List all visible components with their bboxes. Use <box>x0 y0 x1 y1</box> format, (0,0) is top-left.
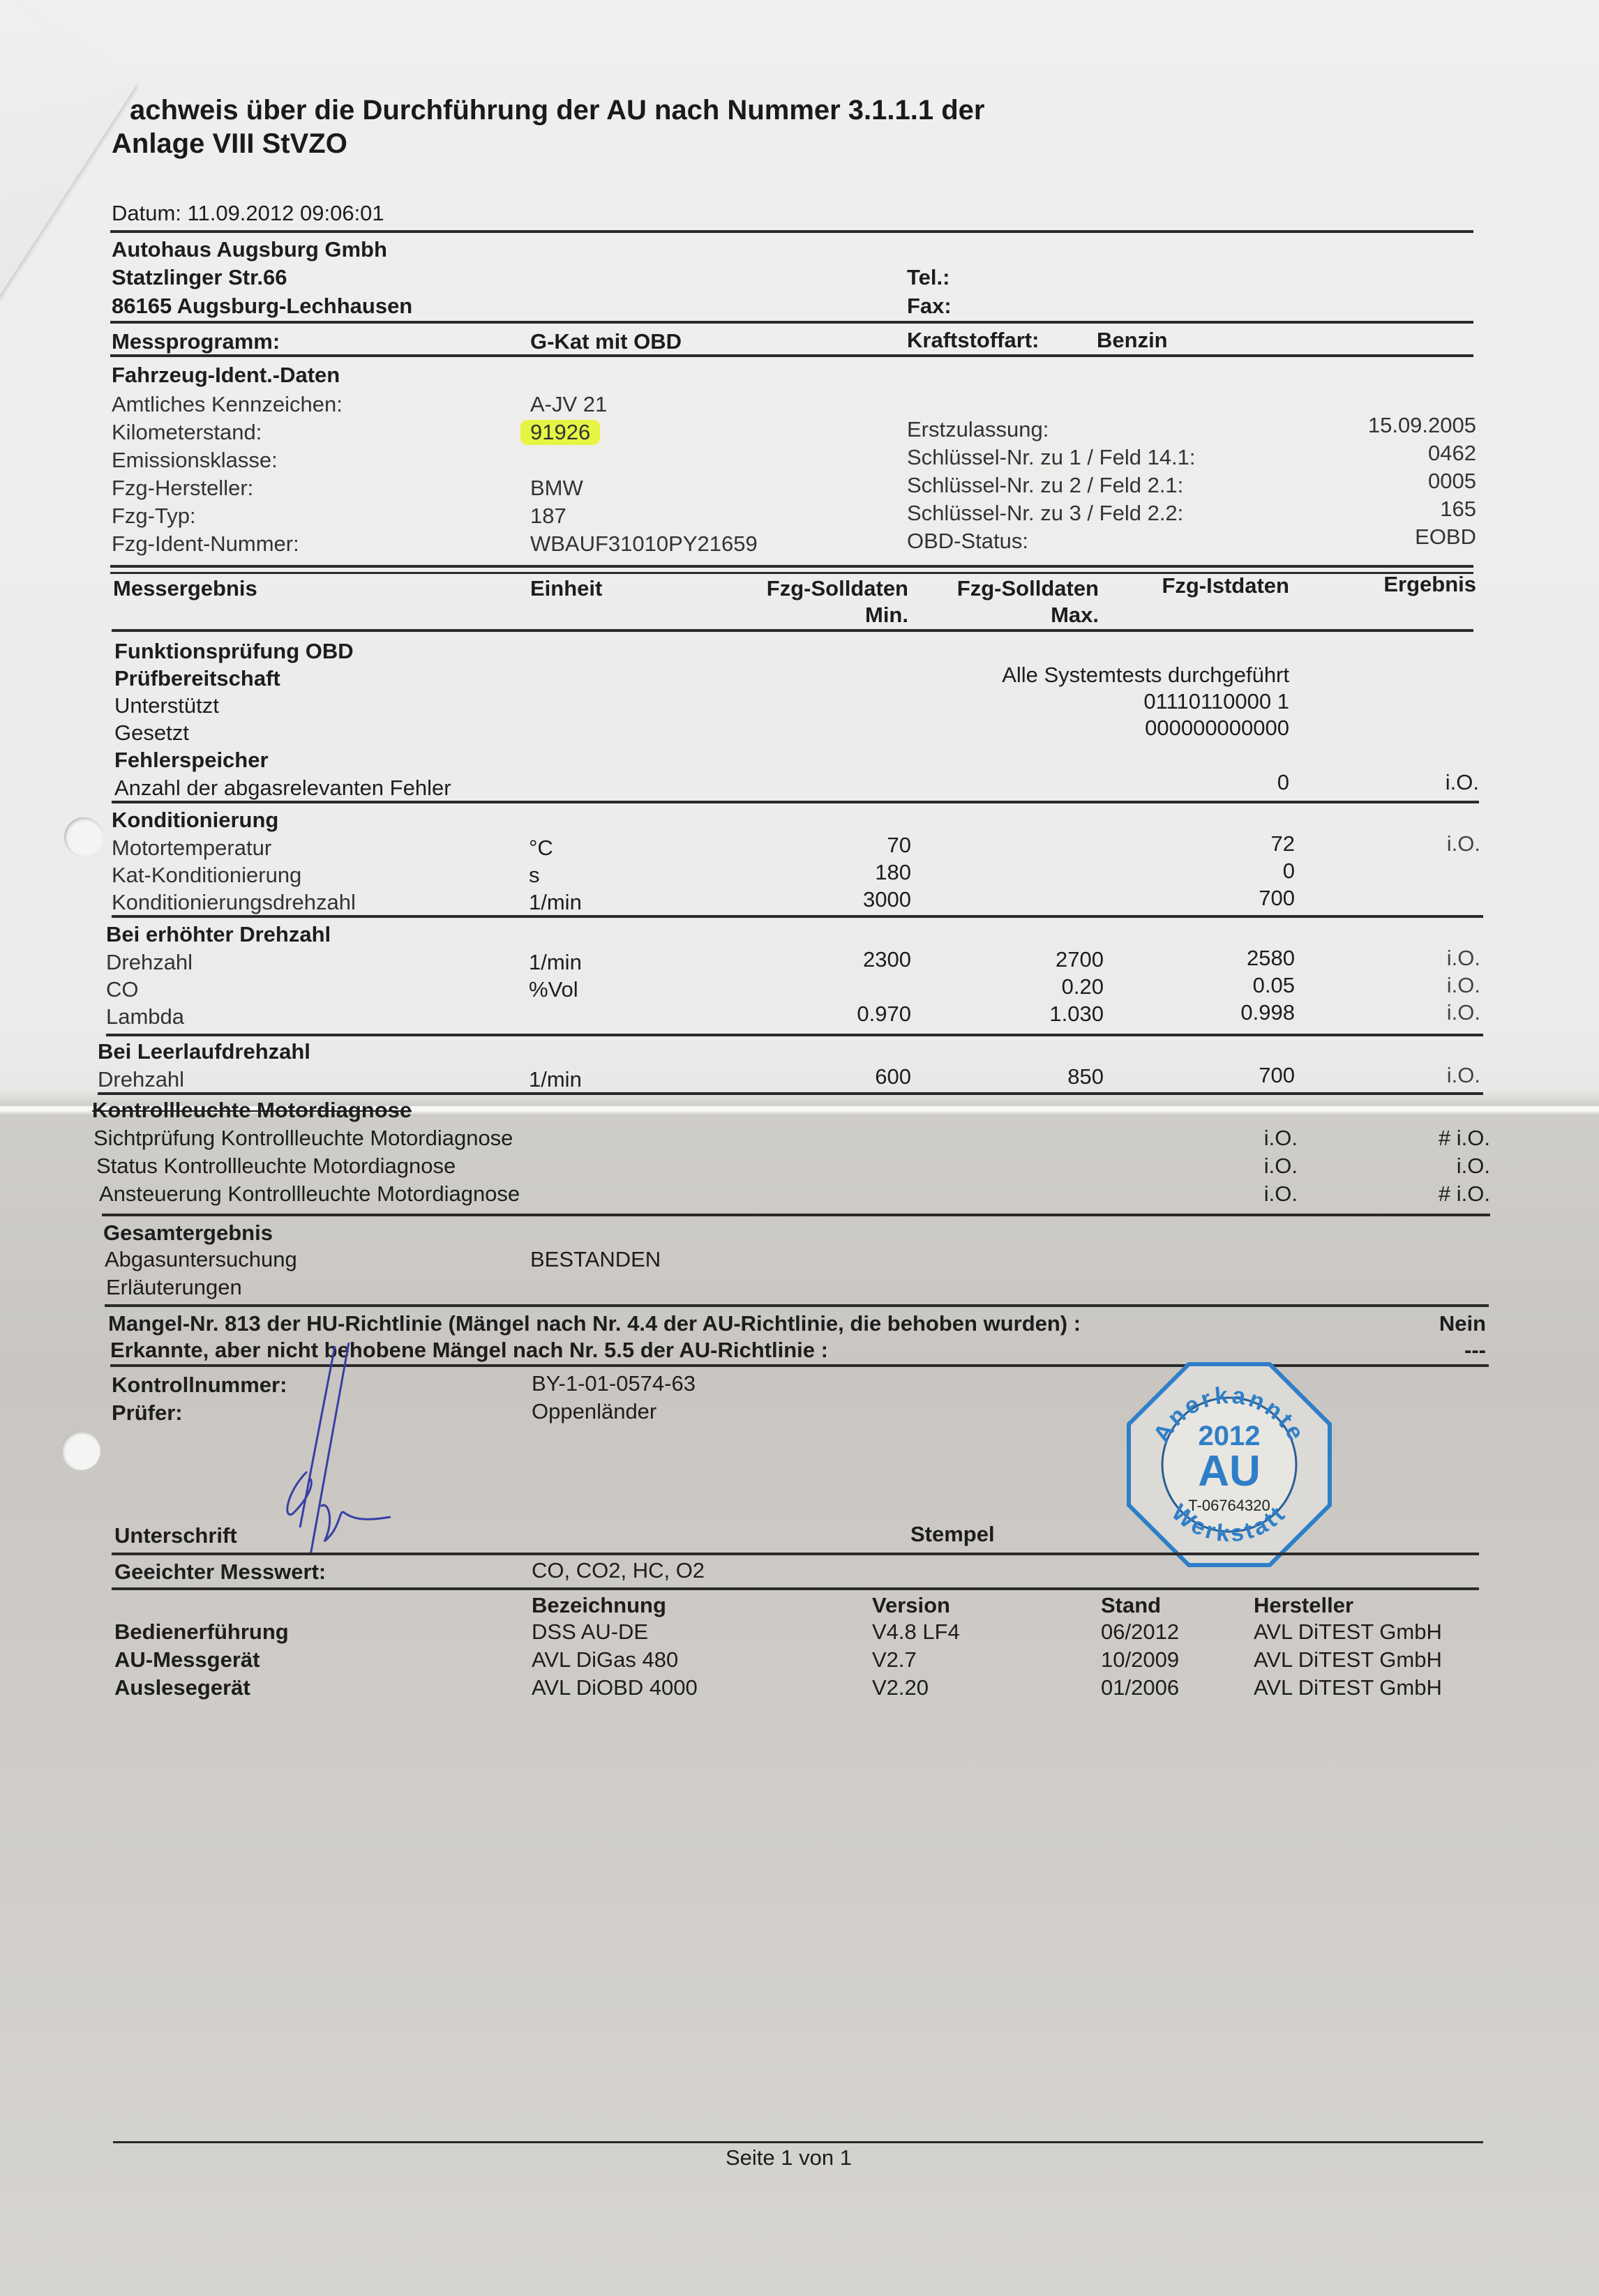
vehicle-field-label: Fzg-Typ: <box>112 504 196 529</box>
device-cell: DSS AU-DE <box>532 1619 648 1645</box>
measure-label: Drehzahl <box>106 950 193 975</box>
messprogramm-label: Messprogramm: <box>112 329 280 354</box>
vehicle-key-value: 0005 <box>1256 469 1476 494</box>
vehicle-field-value: 187 <box>530 504 566 529</box>
erhoeht-heading: Bei erhöhter Drehzahl <box>106 922 331 947</box>
measure-label: Motortemperatur <box>112 836 271 861</box>
kontrollleuchte-heading: Kontrollleuchte Motordiagnose <box>92 1098 412 1123</box>
svg-text:AU: AU <box>1198 1447 1261 1495</box>
company-street: Statzlinger Str.66 <box>112 265 287 290</box>
erlaeuterungen-label: Erläuterungen <box>106 1275 242 1300</box>
vehicle-field-label: Emissionsklasse: <box>112 448 278 473</box>
device-cell: AVL DiTEST GmbH <box>1254 1647 1442 1672</box>
unterstuetzt-value: 01110110000 1 <box>907 689 1289 714</box>
kontrollleuchte-row-result: i.O. <box>1367 1154 1490 1179</box>
unterschrift-label: Unterschrift <box>114 1523 237 1548</box>
vehicle-field-label: Amtliches Kennzeichen: <box>112 392 343 417</box>
document-title-line2: Anlage VIII StVZO <box>112 128 347 160</box>
device-row-label: Auslesegerät <box>114 1675 250 1700</box>
maengel-line2-value: --- <box>1381 1338 1486 1363</box>
obd-heading: Funktionsprüfung OBD <box>114 639 354 664</box>
measure-soll-max: 850 <box>963 1064 1104 1089</box>
measure-unit: 1/min <box>529 950 582 975</box>
leerlauf-heading: Bei Leerlaufdrehzahl <box>98 1039 310 1064</box>
vehicle-key-label: Schlüssel-Nr. zu 1 / Feld 14.1: <box>907 445 1196 470</box>
maengel-line1: Mangel-Nr. 813 der HU-Richtlinie (Mängel… <box>108 1311 1081 1336</box>
divider <box>112 915 1483 918</box>
kontrollleuchte-row-ist: i.O. <box>1186 1181 1298 1207</box>
device-cell: V2.20 <box>872 1675 929 1700</box>
vehicle-field-label: Kilometerstand: <box>112 420 262 445</box>
datum: Datum: 11.09.2012 09:06:01 <box>112 201 384 226</box>
col-soll-min-sub: Min. <box>726 603 908 628</box>
pruefbereitschaft-value: Alle Systemtests durchgeführt <box>907 663 1289 688</box>
device-cell: 06/2012 <box>1101 1619 1179 1645</box>
measure-soll-min: 2300 <box>767 947 911 972</box>
fehler-label: Anzahl der abgasrelevanten Fehler <box>114 776 451 801</box>
signature-scribble <box>279 1339 419 1562</box>
gesetzt-label: Gesetzt <box>114 720 189 746</box>
fehler-result: i.O. <box>1367 770 1479 795</box>
abgas-label: Abgasuntersuchung <box>105 1247 297 1272</box>
pruefer-value: Oppenländer <box>532 1399 656 1424</box>
measure-soll-max: 0.20 <box>963 974 1104 999</box>
punch-hole <box>64 817 103 856</box>
device-cell: 01/2006 <box>1101 1675 1179 1700</box>
measure-soll-min: 600 <box>767 1064 911 1089</box>
divider <box>105 1304 1489 1307</box>
vehicle-key-value: 165 <box>1256 497 1476 522</box>
measure-ist: 0.05 <box>1151 973 1295 998</box>
vehicle-key-label: OBD-Status: <box>907 529 1028 554</box>
fehler-value: 0 <box>1186 770 1289 795</box>
fehlerspeicher-label: Fehlerspeicher <box>114 748 269 773</box>
measure-result: i.O. <box>1360 946 1480 971</box>
document-title-line1: achweis über die Durchführung der AU nac… <box>130 95 985 126</box>
measure-unit: 1/min <box>529 890 582 915</box>
device-col-header: Hersteller <box>1254 1593 1353 1618</box>
maengel-line1-value: Nein <box>1381 1311 1486 1336</box>
kontrollleuchte-row-ist: i.O. <box>1186 1126 1298 1151</box>
measure-label: CO <box>106 977 139 1002</box>
device-cell: V4.8 LF4 <box>872 1619 960 1645</box>
au-workshop-stamp: Anerkannte Werkstatt 2012 AU T-06764320 <box>1125 1360 1334 1569</box>
kontrollleuchte-row-result: # i.O. <box>1367 1181 1490 1207</box>
device-col-header: Bezeichnung <box>532 1593 666 1618</box>
measure-result: i.O. <box>1360 831 1480 856</box>
kontrollnummer-value: BY-1-01-0574-63 <box>532 1371 696 1396</box>
page-number: Seite 1 von 1 <box>726 2145 852 2170</box>
pruefbereitschaft-label: Prüfbereitschaft <box>114 666 280 691</box>
vehicle-field-value: WBAUF31010PY21659 <box>530 531 758 557</box>
device-cell: AVL DiGas 480 <box>532 1647 678 1672</box>
measure-ist: 700 <box>1151 886 1295 911</box>
messprogramm-value: G-Kat mit OBD <box>530 329 682 354</box>
device-cell: AVL DiOBD 4000 <box>532 1675 698 1700</box>
measure-result: i.O. <box>1360 1000 1480 1025</box>
measure-unit: %Vol <box>529 977 578 1002</box>
footer-divider <box>113 2141 1483 2143</box>
kontrollleuchte-row-result: # i.O. <box>1367 1126 1490 1151</box>
divider <box>110 230 1473 233</box>
vehicle-field-value: BMW <box>530 476 583 501</box>
vehicle-key-label: Erstzulassung: <box>907 417 1049 442</box>
company-city: 86165 Augsburg-Lechhausen <box>112 294 412 319</box>
device-col-header: Stand <box>1101 1593 1161 1618</box>
col-ergebnis: Ergebnis <box>1326 572 1476 597</box>
measure-ist: 2580 <box>1151 946 1295 971</box>
measure-soll-min: 180 <box>767 860 911 885</box>
divider <box>112 1553 1479 1555</box>
measure-label: Konditionierungsdrehzahl <box>112 890 356 915</box>
abgas-result: BESTANDEN <box>530 1247 661 1272</box>
col-soll-max: Fzg-Solldaten <box>907 576 1099 601</box>
col-soll-min: Fzg-Solldaten <box>726 576 908 601</box>
measure-ist: 72 <box>1151 831 1295 856</box>
measure-result: i.O. <box>1360 1063 1480 1088</box>
measure-soll-max: 2700 <box>963 947 1104 972</box>
measure-ist: 0.998 <box>1151 1000 1295 1025</box>
svg-text:T-06764320: T-06764320 <box>1188 1497 1270 1514</box>
vehicle-key-label: Schlüssel-Nr. zu 3 / Feld 2.2: <box>907 501 1183 526</box>
measure-label: Lambda <box>106 1004 184 1029</box>
gesamt-heading: Gesamtergebnis <box>103 1221 273 1246</box>
geeicht-value: CO, CO2, HC, O2 <box>532 1558 705 1583</box>
measure-unit: s <box>529 863 540 888</box>
kontrollleuchte-row-ist: i.O. <box>1186 1154 1298 1179</box>
col-soll-max-sub: Max. <box>907 603 1099 628</box>
vehicle-key-label: Schlüssel-Nr. zu 2 / Feld 2.1: <box>907 473 1183 498</box>
divider <box>102 1214 1490 1216</box>
vehicle-key-value: 0462 <box>1256 441 1476 466</box>
tel-label: Tel.: <box>907 265 949 290</box>
divider <box>106 1034 1483 1036</box>
device-row-label: Bedienerführung <box>114 1619 289 1645</box>
measure-soll-min: 3000 <box>767 887 911 912</box>
divider <box>112 801 1479 803</box>
kontrollleuchte-row-label: Status Kontrollleuchte Motordiagnose <box>96 1154 456 1179</box>
device-cell: V2.7 <box>872 1647 917 1672</box>
measure-unit: 1/min <box>529 1067 582 1092</box>
device-cell: 10/2009 <box>1101 1647 1179 1672</box>
divider <box>110 565 1473 568</box>
vehicle-field-label: Fzg-Ident-Nummer: <box>112 531 299 557</box>
measure-label: Drehzahl <box>98 1067 184 1092</box>
col-messergebnis: Messergebnis <box>113 576 257 601</box>
device-cell: AVL DiTEST GmbH <box>1254 1619 1442 1645</box>
unterstuetzt-label: Unterstützt <box>114 693 219 718</box>
measure-soll-max: 1.030 <box>963 1002 1104 1027</box>
pruefer-label: Prüfer: <box>112 1400 183 1426</box>
divider <box>110 321 1473 324</box>
kontrollleuchte-row-label: Sichtprüfung Kontrollleuchte Motordiagno… <box>93 1126 513 1151</box>
vehicle-key-value: EOBD <box>1256 524 1476 550</box>
measure-label: Kat-Konditionierung <box>112 863 301 888</box>
divider <box>110 354 1473 357</box>
col-istdaten: Fzg-Istdaten <box>1116 573 1289 598</box>
vehicle-heading: Fahrzeug-Ident.-Daten <box>112 363 340 388</box>
kontrollleuchte-row-label: Ansteuerung Kontrollleuchte Motordiagnos… <box>99 1181 520 1207</box>
company-name: Autohaus Augsburg Gmbh <box>112 237 387 262</box>
measure-ist: 0 <box>1151 859 1295 884</box>
vehicle-field-label: Fzg-Hersteller: <box>112 476 253 501</box>
mileage-value-highlighted: 91926 <box>520 420 600 445</box>
vehicle-key-value: 15.09.2005 <box>1256 413 1476 438</box>
divider <box>112 1587 1479 1590</box>
device-col-header: Version <box>872 1593 950 1618</box>
measure-soll-min: 70 <box>767 833 911 858</box>
konditionierung-heading: Konditionierung <box>112 808 278 833</box>
device-cell: AVL DiTEST GmbH <box>1254 1675 1442 1700</box>
divider <box>98 1092 1483 1095</box>
fax-label: Fax: <box>907 294 952 319</box>
kontrollnummer-label: Kontrollnummer: <box>112 1373 287 1398</box>
divider <box>112 629 1473 632</box>
kraftstoff-label: Kraftstoffart: <box>907 328 1039 353</box>
measure-unit: °C <box>529 836 553 861</box>
measure-ist: 700 <box>1151 1063 1295 1088</box>
device-row-label: AU-Messgerät <box>114 1647 260 1672</box>
measure-soll-min: 0.970 <box>767 1002 911 1027</box>
punch-hole <box>61 1431 100 1470</box>
maengel-line2: Erkannte, aber nicht behobene Mängel nac… <box>110 1338 828 1363</box>
kraftstoff-value: Benzin <box>1097 328 1168 353</box>
vehicle-field-value: A-JV 21 <box>530 392 607 417</box>
stempel-label: Stempel <box>910 1522 995 1547</box>
gesetzt-value: 000000000000 <box>907 716 1289 741</box>
geeicht-label: Geeichter Messwert: <box>114 1559 326 1585</box>
col-einheit: Einheit <box>530 576 602 601</box>
measure-result: i.O. <box>1360 973 1480 998</box>
